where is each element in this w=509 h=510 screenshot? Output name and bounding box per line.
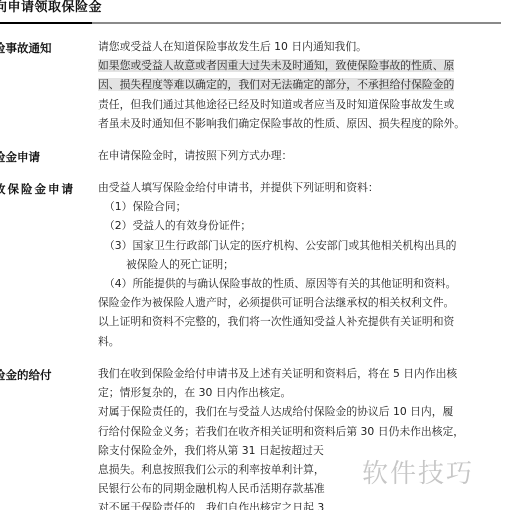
section-label-benefit-payment: 险金的给付: [0, 367, 52, 383]
paragraph-line: 在申请保险金时，请按照下列方式办理：: [98, 146, 504, 165]
paragraph-line: 我们在收到保险金给付申请书及上述有关证明和资料后，将在 5 日内作出核: [98, 364, 504, 383]
paragraph-line: 者虽未及时通知但不影响我们确定保险事故的性质、原因、损失程度的除外。: [98, 114, 504, 133]
section-body-death-benefit-application: 由受益人填写保险金给付申请书，并提供下列证明和资料： （1）保险合同； （2）受…: [98, 178, 504, 351]
paragraph-line: 定；情形复杂的，在 30 日内作出核定。: [98, 383, 504, 402]
list-item: （3）国家卫生行政部门认定的医疗机构、公安部门或其他相关机构出具的: [98, 236, 504, 255]
list-item-continuation: 被保险人的死亡证明；: [98, 255, 504, 274]
paragraph-line: 行给付保险金义务；若我们在收齐相关证明和资料后第 30 日仍未作出核定，: [98, 422, 504, 441]
section-label-claim-application: 险金申请: [0, 149, 40, 165]
section-label-death-benefit-application: 故保险金申请: [0, 181, 75, 197]
section-label-accident-notice: 险事故通知: [0, 40, 52, 56]
paragraph-line: 对属于保险责任的，我们在与受益人达成给付保险金的协议后 10 日内，履: [98, 402, 504, 421]
paragraph-line: 料。: [98, 332, 504, 351]
paragraph-line-highlighted: 因、损失程度等难以确定的，我们对无法确定的部分，不承担给付保险金的: [98, 75, 504, 94]
watermark: 软件技巧: [362, 453, 474, 490]
title-underline-dark: [0, 22, 92, 24]
section-body-accident-notice: 请您或受益人在知道保险事故发生后 10 日内通知我们。 如果您或受益人故意或者因…: [98, 37, 504, 133]
title-underline-light: [92, 22, 501, 24]
paragraph-line: 责任，但我们通过其他途径已经及时知道或者应当及时知道保险事故发生或: [98, 95, 504, 114]
paragraph-line: 由受益人填写保险金给付申请书，并提供下列证明和资料：: [98, 178, 504, 197]
page-title: 向申请领取保险金: [0, 0, 102, 18]
list-item: （1）保险合同；: [98, 197, 504, 216]
paragraph-line-highlighted: 如果您或受益人故意或者因重大过失未及时通知，致使保险事故的性质、原: [98, 56, 504, 75]
list-item: （4）所能提供的与确认保险事故的性质、原因等有关的其他证明和资料。: [98, 274, 504, 293]
section-body-claim-application: 在申请保险金时，请按照下列方式办理：: [98, 146, 504, 165]
paragraph-line: 以上证明和资料不完整的，我们将一次性通知受益人补充提供有关证明和资: [98, 312, 504, 331]
paragraph-line: 对不属于保险责任的，我们自作出核定之日起 3: [98, 498, 504, 510]
list-item: （2）受益人的有效身份证件；: [98, 216, 504, 235]
paragraph-line: 请您或受益人在知道保险事故发生后 10 日内通知我们。: [98, 37, 504, 56]
paragraph-line: 保险金作为被保险人遗产时，必须提供可证明合法继承权的相关权利文件。: [98, 293, 504, 312]
